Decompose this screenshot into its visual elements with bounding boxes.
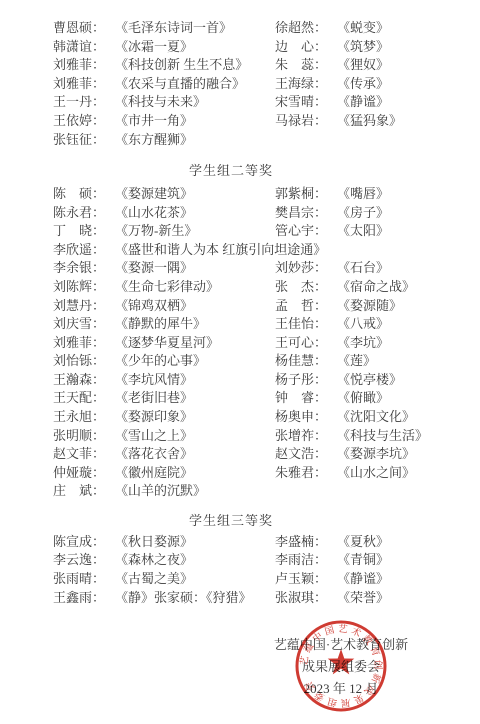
artwork-title: 《秋日婺源》: [115, 533, 275, 552]
award-row: 李欣遥：《盛世和谐人为本 红旗引向坦途通》: [53, 241, 480, 260]
winner-name: 王瀚森：: [53, 371, 115, 390]
winner-name: 钟 睿：: [275, 389, 337, 408]
winner-name: 朱 蕊：: [275, 56, 337, 75]
artwork-title: 《宿命之战》: [337, 278, 480, 297]
award-row: 王依婷：《市井一角》马禄岩：《猛犸象》: [53, 112, 480, 131]
winner-name: 杨佳慧：: [275, 352, 337, 371]
winner-name: 王一丹：: [53, 93, 115, 112]
artwork-title: 《狸奴》: [337, 56, 480, 75]
artwork-title: 《筑梦》: [337, 38, 480, 57]
artwork-title: 《婺源建筑》: [115, 185, 275, 204]
winner-name: 刘妙莎：: [275, 259, 337, 278]
winner-name: 朱雅君：: [275, 464, 337, 483]
winner-name: 徐超然：: [275, 19, 337, 38]
artwork-title: 《静》张家硕：《狩猎》: [115, 589, 275, 608]
award-row: 刘陈辉：《生命七彩律动》张 杰：《宿命之战》: [53, 278, 480, 297]
winner-name: 刘慧丹：: [53, 297, 115, 316]
winner-name: 李云逸：: [53, 551, 115, 570]
award-row: 李余银：《婺源一隅》刘妙莎：《石台》: [53, 259, 480, 278]
section-heading: 学生组二等奖: [53, 162, 409, 181]
document-page: 曹恩硕：《毛泽东诗词一首》徐超然：《蜕变》韩潇谊：《冰霜一夏》边 心：《筑梦》刘…: [0, 0, 480, 724]
artwork-title: 《冰霜一夏》: [115, 38, 275, 57]
artwork-title: 《少年的心事》: [115, 352, 275, 371]
winner-name: 宋雪晴：: [275, 93, 337, 112]
winner-name: 刘雅菲：: [53, 334, 115, 353]
artwork-title: 《青铜》: [337, 551, 480, 570]
artwork-title: 《逐梦华夏星河》: [115, 334, 275, 353]
winner-name: 管心宇：: [275, 222, 337, 241]
artwork-title: 《传承》: [337, 75, 480, 94]
artwork-title: 《科技与未来》: [115, 93, 275, 112]
winner-name: 张明顺：: [53, 427, 115, 446]
winner-name: 刘雅菲：: [53, 75, 115, 94]
winner-name: 刘怡铄：: [53, 352, 115, 371]
winner-name: 丁 晓：: [53, 222, 115, 241]
winner-name: 李盛楠：: [275, 533, 337, 552]
winner-name: 李余银：: [53, 259, 115, 278]
award-row: 王天配：《老街旧巷》钟 睿：《俯瞰》: [53, 389, 480, 408]
winner-name: 王佳怡：: [275, 315, 337, 334]
artwork-title: 《猛犸象》: [337, 112, 480, 131]
artwork-title: 《悦亭楼》: [337, 371, 480, 390]
award-row: 仲娅璇：《徽州庭院》朱雅君：《山水之间》: [53, 464, 480, 483]
award-row: 庄 斌：《山羊的沉默》: [53, 482, 480, 501]
artwork-title: 《锦鸡双栖》: [115, 297, 275, 316]
winner-name: 韩潇谊：: [53, 38, 115, 57]
award-row: 赵文菲：《落花衣舍》赵文浩：《婺源李坑》: [53, 445, 480, 464]
winner-name: 张 杰：: [275, 278, 337, 297]
award-row: 刘庆雪：《静默的犀牛》王佳怡：《八戒》: [53, 315, 480, 334]
artwork-title: 《太阳》: [337, 222, 480, 241]
winner-name: 樊昌宗：: [275, 204, 337, 223]
artwork-title: 《市井一角》: [115, 112, 275, 131]
winner-name: 孟 哲：: [275, 297, 337, 316]
award-row: 王一丹：《科技与未来》宋雪晴：《静谧》: [53, 93, 480, 112]
winner-name: 刘雅菲：: [53, 56, 115, 75]
section-heading: 学生组三等奖: [53, 512, 409, 531]
artwork-title: 《静谧》: [337, 570, 480, 589]
winner-name: 王海绿：: [275, 75, 337, 94]
award-row: 王瀚森：《李坑风情》杨子彤：《悦亭楼》: [53, 371, 480, 390]
artwork-title: 《八戒》: [337, 315, 480, 334]
winner-name: 王永旭：: [53, 408, 115, 427]
artwork-title: 《蜕变》: [337, 19, 480, 38]
artwork-title: 《沈阳文化》: [337, 408, 480, 427]
winner-name: 仲娅璇：: [53, 464, 115, 483]
artwork-title: 《婺源李坑》: [337, 445, 480, 464]
winner-name: 李雨洁：: [275, 551, 337, 570]
artwork-title: 《俯瞰》: [337, 389, 480, 408]
award-row: 曹恩硕：《毛泽东诗词一首》徐超然：《蜕变》: [53, 19, 480, 38]
award-row: 刘慧丹：《锦鸡双栖》孟 哲：《婺源随》: [53, 297, 480, 316]
winner-name: 刘庆雪：: [53, 315, 115, 334]
award-row: 丁 晓：《万物-新生》管心宇：《太阳》: [53, 222, 480, 241]
artwork-title: 《老街旧巷》: [115, 389, 275, 408]
award-sections: 曹恩硕：《毛泽东诗词一首》徐超然：《蜕变》韩潇谊：《冰霜一夏》边 心：《筑梦》刘…: [0, 0, 480, 607]
artwork-title: 《农采与直播的融合》: [115, 75, 275, 94]
artwork-title: 《李坑》: [337, 334, 480, 353]
artwork-title: 《古蜀之美》: [115, 570, 275, 589]
artwork-title: 《万物-新生》: [115, 222, 275, 241]
award-row: 王永旭：《婺源印象》杨奥申：《沈阳文化》: [53, 408, 480, 427]
winner-name: 陈 硕：: [53, 185, 115, 204]
winner-name: 曹恩硕：: [53, 19, 115, 38]
winner-name: 李欣遥：: [53, 241, 115, 260]
committee-stamp: 艺蕴中国艺术教育创新成果展组委会: [291, 616, 391, 716]
artwork-title: 《徽州庭院》: [115, 464, 275, 483]
artwork-title: 《婺源随》: [337, 297, 480, 316]
winner-name: 陈永君：: [53, 204, 115, 223]
artwork-title: 《毛泽东诗词一首》: [115, 19, 275, 38]
award-row: 刘雅菲：《科技创新 生生不息》朱 蕊：《狸奴》: [53, 56, 480, 75]
artwork-title: 《森林之夜》: [115, 551, 275, 570]
artwork-title: 《静谧》: [337, 93, 480, 112]
artwork-title: 《东方醒狮》: [115, 131, 275, 150]
artwork-title: 《荣誉》: [337, 589, 480, 608]
artwork-title: 《山羊的沉默》: [115, 482, 275, 501]
artwork-title: 《石台》: [337, 259, 480, 278]
award-row: 韩潇谊：《冰霜一夏》边 心：《筑梦》: [53, 38, 480, 57]
winner-name: 赵文浩：: [275, 445, 337, 464]
award-row: 陈宣成：《秋日婺源》李盛楠：《夏秋》: [53, 533, 480, 552]
winner-name: 王依婷：: [53, 112, 115, 131]
winner-name: 张雨晴：: [53, 570, 115, 589]
artwork-title: 《雪山之上》: [115, 427, 275, 446]
artwork-title: 《莲》: [337, 352, 480, 371]
artwork-title: 《生命七彩律动》: [115, 278, 275, 297]
winner-name: 陈宣成：: [53, 533, 115, 552]
award-row: 李云逸：《森林之夜》李雨洁：《青铜》: [53, 551, 480, 570]
winner-name: 张钰征：: [53, 131, 115, 150]
winner-name: 庄 斌：: [53, 482, 115, 501]
winner-name: 马禄岩：: [275, 112, 337, 131]
artwork-title: 《盛世和谐人为本 红旗引向坦途通》: [115, 241, 480, 260]
artwork-title: 《山水花茶》: [115, 204, 275, 223]
award-row: 王鑫雨：《静》张家硕：《狩猎》张淑琪：《荣誉》: [53, 589, 480, 608]
winner-name: 张淑琪：: [275, 589, 337, 608]
artwork-title: 《嘴唇》: [337, 185, 480, 204]
artwork-title: 《落花衣舍》: [115, 445, 275, 464]
award-row: 刘雅菲：《逐梦华夏星河》王可心：《李坑》: [53, 334, 480, 353]
award-row: 张钰征：《东方醒狮》: [53, 131, 480, 150]
artwork-title: 《婺源印象》: [115, 408, 275, 427]
winner-name: 卢玉颖：: [275, 570, 337, 589]
winner-name: 王天配：: [53, 389, 115, 408]
winner-name: 杨奥申：: [275, 408, 337, 427]
winner-name: 边 心：: [275, 38, 337, 57]
award-row: 张雨晴：《古蜀之美》卢玉颖：《静谧》: [53, 570, 480, 589]
award-row: 张明顺：《雪山之上》张增祚：《科技与生活》: [53, 427, 480, 446]
star-icon: [328, 649, 355, 674]
award-row: 陈永君：《山水花茶》樊昌宗：《房子》: [53, 204, 480, 223]
artwork-title: 《山水之间》: [337, 464, 480, 483]
winner-name: 杨子彤：: [275, 371, 337, 390]
artwork-title: 《房子》: [337, 204, 480, 223]
winner-name: 张增祚：: [275, 427, 337, 446]
award-row: 刘雅菲：《农采与直播的融合》王海绿：《传承》: [53, 75, 480, 94]
winner-name: 郭紫桐：: [275, 185, 337, 204]
winner-name: 刘陈辉：: [53, 278, 115, 297]
award-row: 陈 硕：《婺源建筑》郭紫桐：《嘴唇》: [53, 185, 480, 204]
winner-name: 赵文菲：: [53, 445, 115, 464]
artwork-title: 《科技创新 生生不息》: [115, 56, 275, 75]
winner-name: 王可心：: [275, 334, 337, 353]
winner-name: 王鑫雨：: [53, 589, 115, 608]
award-row: 刘怡铄：《少年的心事》杨佳慧：《莲》: [53, 352, 480, 371]
artwork-title: 《科技与生活》: [337, 427, 480, 446]
artwork-title: 《夏秋》: [337, 533, 480, 552]
artwork-title: 《静默的犀牛》: [115, 315, 275, 334]
artwork-title: 《婺源一隅》: [115, 259, 275, 278]
artwork-title: 《李坑风情》: [115, 371, 275, 390]
